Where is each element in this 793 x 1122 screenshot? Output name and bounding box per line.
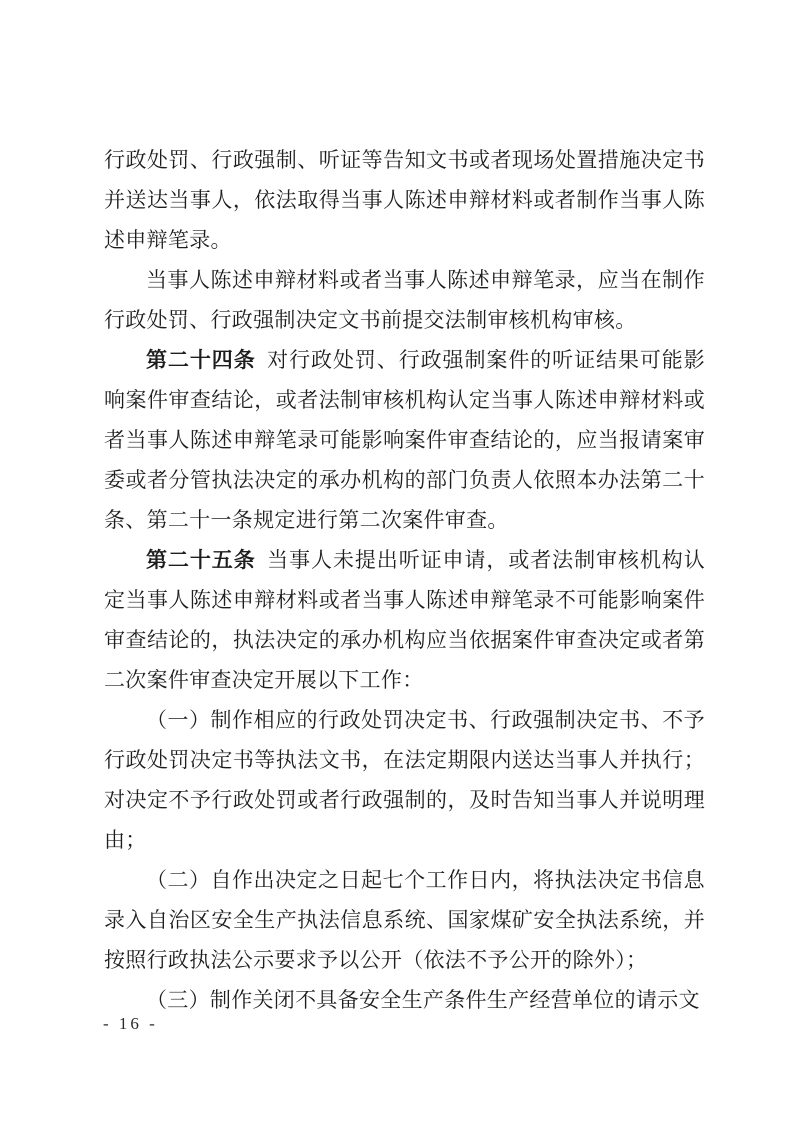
paragraph-text: （三）制作关闭不具备安全生产条件生产经营单位的请示文 [146,988,700,1012]
paragraph-text: 对行政处罚、行政强制案件的听证结果可能影响案件审查结论，或者法制审核机构认定当事… [104,348,705,532]
paragraph-article-24: 第二十四条对行政处罚、行政强制案件的听证结果可能影响案件审查结论，或者法制审核机… [104,340,705,540]
paragraph-item-2: （二）自作出决定之日起七个工作日内，将执法决定书信息录入自治区安全生产执法信息系… [104,860,705,980]
document-body: 行政处罚、行政强制、听证等告知文书或者现场处置措施决定书并送达当事人，依法取得当… [104,140,705,1020]
paragraph-text: （二）自作出决定之日起七个工作日内，将执法决定书信息录入自治区安全生产执法信息系… [104,868,705,972]
document-page: 行政处罚、行政强制、听证等告知文书或者现场处置措施决定书并送达当事人，依法取得当… [0,0,793,1122]
paragraph-item-3: （三）制作关闭不具备安全生产条件生产经营单位的请示文 [104,980,705,1020]
paragraph-continuation: 行政处罚、行政强制、听证等告知文书或者现场处置措施决定书并送达当事人，依法取得当… [104,140,705,260]
paragraph-text: （一）制作相应的行政处罚决定书、行政强制决定书、不予行政处罚决定书等执法文书，在… [104,708,705,852]
paragraph-text: 行政处罚、行政强制、听证等告知文书或者现场处置措施决定书并送达当事人，依法取得当… [104,148,705,252]
paragraph: 当事人陈述申辩材料或者当事人陈述申辩笔录，应当在制作行政处罚、行政强制决定文书前… [104,260,705,340]
paragraph-article-25: 第二十五条当事人未提出听证申请，或者法制审核机构认定当事人陈述申辩材料或者当事人… [104,540,705,700]
article-number: 第二十四条 [146,348,256,372]
paragraph-item-1: （一）制作相应的行政处罚决定书、行政强制决定书、不予行政处罚决定书等执法文书，在… [104,700,705,860]
article-number: 第二十五条 [146,548,256,572]
paragraph-text: 当事人陈述申辩材料或者当事人陈述申辩笔录，应当在制作行政处罚、行政强制决定文书前… [104,268,705,332]
page-number: - 16 - [103,1012,158,1036]
